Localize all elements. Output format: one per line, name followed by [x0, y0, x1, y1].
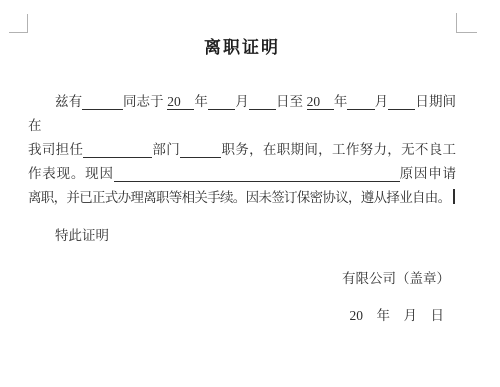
- fill-in-blank[interactable]: [347, 94, 374, 110]
- body-line-3[interactable]: 作表现。现因 原因申请: [28, 162, 456, 186]
- text-cursor: [453, 189, 455, 204]
- text-run: 同志于: [123, 94, 167, 109]
- document-page: 离职证明 兹有 同志于 20 年 月 日至 20 年 月 日期间在 我司担任 部…: [0, 0, 500, 387]
- fill-in-blank[interactable]: [83, 142, 152, 158]
- body-line-2[interactable]: 我司担任 部门 职务，在职期间，工作努力，无不良工: [28, 138, 456, 162]
- text-run: 日至: [276, 94, 307, 109]
- fill-in-blank[interactable]: [388, 94, 415, 110]
- body-paragraph[interactable]: 兹有 同志于 20 年 月 日至 20 年 月 日期间在 我司担任 部门 职务，…: [28, 90, 456, 210]
- margin-crop-mark-top-right-icon: [456, 13, 477, 33]
- text-run: 职务，在职期间，工作努力，无不良工: [221, 142, 456, 157]
- fill-in-blank[interactable]: [208, 94, 235, 110]
- fill-in-blank[interactable]: [249, 94, 276, 110]
- date-line[interactable]: 20 年 月 日: [28, 304, 456, 328]
- document-title: 离职证明: [28, 36, 456, 60]
- text-run: 月: [375, 94, 389, 109]
- text-run: 部门: [152, 142, 180, 157]
- fill-in-blank-year[interactable]: 20: [307, 94, 334, 110]
- text-run: 原因申请: [400, 166, 456, 181]
- body-line-4[interactable]: 离职，并已正式办理离职等相关手续。因未签订保密协议，遵从择业自由。: [28, 186, 456, 210]
- text-run: 兹有: [55, 94, 82, 109]
- fill-in-blank[interactable]: [82, 94, 123, 110]
- body-line-1[interactable]: 兹有 同志于 20 年 月 日至 20 年 月 日期间在: [28, 90, 456, 138]
- text-run: 年: [334, 94, 348, 109]
- text-run: 我司担任: [28, 142, 83, 157]
- signature-line[interactable]: 有限公司（盖章）: [28, 267, 456, 291]
- text-run: 年: [194, 94, 208, 109]
- text-run: 月: [235, 94, 249, 109]
- text-run: 作表现。现因: [28, 166, 114, 181]
- fill-in-blank[interactable]: [114, 166, 400, 182]
- fill-in-blank-year[interactable]: 20: [167, 94, 194, 110]
- fill-in-blank[interactable]: [180, 142, 221, 158]
- margin-crop-mark-top-left-icon: [9, 14, 28, 33]
- text-area[interactable]: 离职证明 兹有 同志于 20 年 月 日至 20 年 月 日期间在 我司担任 部…: [28, 36, 456, 328]
- closing-line[interactable]: 特此证明: [28, 224, 456, 248]
- text-run: 离职，并已正式办理离职等相关手续。因未签订保密协议，遵从择业自由。: [28, 190, 450, 205]
